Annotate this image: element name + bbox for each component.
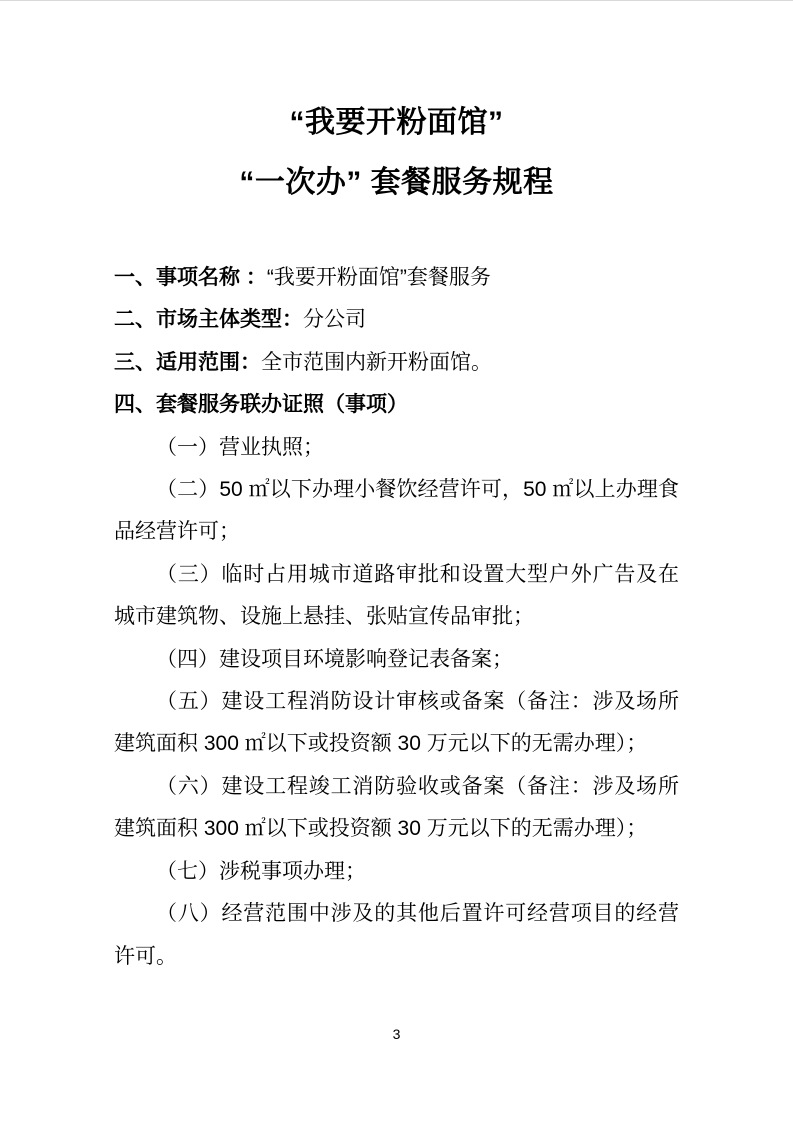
section-heading-3-value: 全市范围内新开粉面馆。 [261, 351, 492, 374]
section-heading-2-value: 分公司 [303, 308, 366, 331]
section-heading-1-value: “我要开粉面馆”套餐服务 [267, 266, 491, 289]
section-heading-4: 四、套餐服务联办证照（事项） [114, 384, 679, 426]
document-body: 一、事项名称 ：“我要开粉面馆”套餐服务 二、市场主体类型：分公司 三、适用范围… [114, 257, 679, 978]
list-item-5: （五）建设工程消防设计审核或备案（备注：涉及场所建筑面积 300 ㎡以下或投资额… [114, 681, 679, 766]
section-heading-4-label: 四、套餐服务联办证照（事项） [114, 393, 408, 416]
list-item-6: （六）建设工程竣工消防验收或备案（备注：涉及场所建筑面积 300 ㎡以下或投资额… [114, 766, 679, 851]
list-item-8: （八）经营范围中涉及的其他后置许可经营项目的经营许可。 [114, 893, 679, 978]
section-heading-2: 二、市场主体类型：分公司 [114, 299, 679, 341]
section-heading-3: 三、适用范围：全市范围内新开粉面馆。 [114, 342, 679, 384]
list-item-2: （二）50 ㎡以下办理小餐饮经营许可，50 ㎡以上办理食品经营许可； [114, 469, 679, 554]
document-title-line-1: “我要开粉面馆” [0, 104, 793, 141]
section-heading-2-label: 二、市场主体类型： [114, 308, 303, 331]
list-item-1: （一）营业执照； [114, 427, 679, 469]
section-heading-1: 一、事项名称 ：“我要开粉面馆”套餐服务 [114, 257, 679, 299]
page-number: 3 [0, 1024, 793, 1044]
document-title-line-2: “一次办” 套餐服务规程 [0, 164, 793, 201]
document-page: “我要开粉面馆” “一次办” 套餐服务规程 一、事项名称 ：“我要开粉面馆”套餐… [0, 0, 793, 1122]
section-heading-3-label: 三、适用范围： [114, 351, 261, 374]
section-heading-1-label: 一、事项名称 ： [114, 266, 267, 289]
list-item-4: （四）建设项目环境影响登记表备案； [114, 639, 679, 681]
list-item-3: （三）临时占用城市道路审批和设置大型户外广告及在城市建筑物、设施上悬挂、张贴宣传… [114, 554, 679, 639]
document-title-block: “我要开粉面馆” “一次办” 套餐服务规程 [0, 1, 793, 201]
list-item-7: （七）涉税事项办理； [114, 851, 679, 893]
